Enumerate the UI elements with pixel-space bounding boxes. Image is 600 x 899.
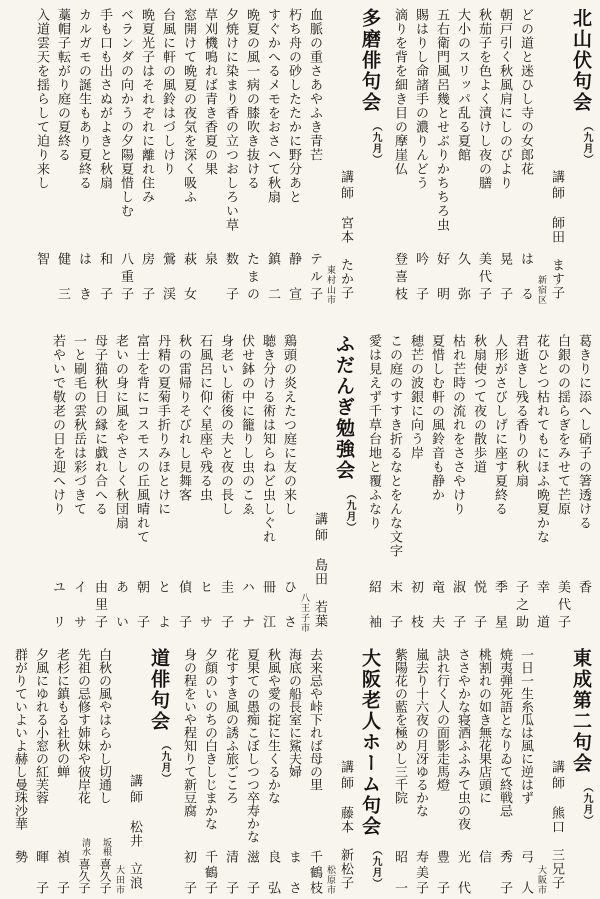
haiku-author: あい	[110, 580, 131, 628]
haiku-text: 焼夷弾死語となりゐて終戦忌	[494, 648, 515, 817]
haiku-text: 一と刷毛の雲秋岳は彩づきて	[68, 334, 89, 516]
haiku-column: 大小のスリッパ乱る夏館久弥	[452, 8, 473, 310]
lecturer-name: 島田 若葉	[312, 558, 330, 628]
lecturer-name: 熊口 三兄子	[549, 806, 567, 890]
haiku-column: 秋の雷帰りそびれし見舞客偵子	[173, 334, 194, 638]
haiku-text: 台風に軒の風鈴はづしけり	[157, 8, 178, 176]
haiku-column: 去来忌や峠下れば母の里千鶴枝	[304, 648, 325, 899]
haiku-author: はる	[515, 252, 536, 300]
section-title: ふだんぎ勉強会	[330, 334, 357, 481]
author-given-name: 喜久子	[93, 858, 114, 894]
section-title: 北山伏句会	[567, 8, 594, 113]
haiku-author: 冊江	[257, 580, 278, 628]
haiku-author: 暉子	[30, 850, 51, 894]
haiku-column: すぐかへるメモをおさへて秋扇鎮二	[262, 8, 283, 310]
lecturer-label: 講師	[312, 512, 330, 544]
haiku-author: 紹袖	[363, 580, 384, 628]
haiku-column: どの道と迷ひし寺の女郎花はる	[515, 8, 536, 310]
haiku-text: 花すすき風の誘ふ旅ごころ	[220, 648, 241, 804]
section-title: 東成第二句会	[567, 648, 594, 774]
haiku-column: 朝戸引く秋風肩にしのびより晃子	[494, 8, 515, 310]
haiku-author: 幸道	[531, 580, 552, 628]
haiku-author: 豊子	[431, 850, 452, 894]
section-month: （九月）	[145, 740, 172, 784]
haiku-text: 老いの身に風をやさしく秋団扇	[110, 334, 131, 530]
haiku-column: 鶏頭の炎えたつ庭に友の来しひさ	[278, 334, 299, 638]
lecturer-name: 宮本 たか子	[338, 216, 356, 300]
haiku-text: 訣れ行く人の面影走馬燈	[431, 648, 452, 791]
haiku-column: 夏果ての愚痴こぼしつつ卒寿かな滋子	[241, 648, 262, 899]
section-month: （九月）	[330, 489, 357, 533]
city-label: 松原市	[325, 865, 338, 895]
band-bottom: 東成第二句会 （九月） 講師 熊口 三兄子 大阪市 一日一生糸瓜は風に逆はず弓人…	[6, 648, 594, 899]
haiku-column: この庭のすすき折るなとをんな文字末子	[384, 334, 405, 638]
haiku-column: 丹精の夏菊手折りみほとけにとよ	[152, 334, 173, 638]
lecturer-label: 講師	[338, 170, 356, 202]
haiku-column: 入道雲天を揺らして迫り来し智	[31, 8, 52, 310]
haiku-author: 初枝	[405, 580, 426, 628]
haiku-author: 悦子	[468, 580, 489, 628]
haiku-text: 手も口も出さぬがよきと秋扇	[94, 8, 115, 190]
haiku-author: 房子	[136, 252, 157, 300]
haiku-text: 身老いし術後の夫と夜の長し	[215, 334, 236, 516]
section-tama-haikukai: 多磨俳句会 （九月） 講師 宮本 たか子 東村山市 血脈の重さあやふき青芒テル子…	[31, 8, 383, 310]
haiku-author: 季星	[489, 580, 510, 628]
haiku-text: 秋扇使つて夜の散歩道	[468, 334, 489, 474]
haiku-text: 花ひとつ枯れてもにほふ晩夏かな	[531, 334, 552, 544]
haiku-column: 五右衛門風呂幾とせぶりかちちろ虫好明	[431, 8, 452, 310]
haiku-text: 夏惜しむ軒の風鈴音も静か	[426, 334, 447, 502]
haiku-column: 夕風にゆれる小窓の紅芙蓉暉子	[30, 648, 51, 899]
haiku-text: 夕風にゆれる小窓の紅芙蓉	[30, 648, 51, 804]
haiku-text: 鶏頭の炎えたつ庭に友の来し	[278, 334, 299, 516]
section-title-column: 多磨俳句会 （九月）	[356, 8, 383, 310]
haiku-text: 滴りを背を細き目の摩崖仏	[389, 8, 410, 176]
haiku-text: 穂芒の波銀に向う岸	[405, 334, 426, 460]
haiku-author: 千鶴枝	[304, 850, 325, 894]
haiku-text: 入道雲天を揺らして迫り来し	[31, 8, 52, 190]
lecturer-label: 講師	[127, 774, 145, 806]
section-month: （九月）	[567, 121, 594, 165]
haiku-author: 昭一	[389, 850, 410, 894]
section-osaka-rojin-home-kukai: 大阪老人ホーム句会 （九月） 講師 藤本 新松子 松原市 去来忌や峠下れば母の里…	[178, 648, 383, 899]
lecturer-name: 師田 ます子	[549, 216, 567, 300]
haiku-text: 秋茄子を色よく漬けし夜の膳	[473, 8, 494, 190]
haiku-author: 登喜枝	[389, 252, 410, 300]
lecturer-column: 講師 藤本 新松子	[338, 648, 356, 899]
haiku-column: 秋風や愛の掟に生くるかな良弘	[262, 648, 283, 899]
band-middle: 葛きりに添へし硝子の箸透ける香 白銀のの揺らぎをみせて芒原美代子 花ひとつ枯れて…	[6, 334, 594, 638]
section-title-column: 東成第二句会 （九月）	[567, 648, 594, 899]
haiku-text: 夏果ての愚痴こぼしつつ卒寿かな	[241, 648, 262, 843]
haiku-text: 紫陽花の藍を極めし三千院	[389, 648, 410, 804]
haiku-text: 窓開けて晩夏の夜気を深く吸ふ	[178, 8, 199, 204]
section-title: 大阪老人ホーム句会	[356, 648, 383, 837]
haiku-text: すぐかへるメモをおさへて秋扇	[262, 8, 283, 204]
haiku-column: 窓開けて晩夏の夜気を深く吸ふ萩女	[178, 8, 199, 310]
haiku-text: 嵐去り十六夜の月冴ゆるかな	[410, 648, 431, 817]
section-kitayama-fushi-kukai: 北山伏句会 （九月） 講師 師田 ます子 新宿区 どの道と迷ひし寺の女郎花はる …	[389, 8, 594, 310]
city-label: 八王子市	[299, 593, 312, 633]
haiku-column: 夏惜しむ軒の風鈴音も静か竜夫	[426, 334, 447, 638]
haiku-text: 晩夏の風一病の膝吹き抜ける	[241, 8, 262, 190]
haiku-text: 草刈機鳴れば青き香夏の果	[199, 8, 220, 176]
lecturer-name: 松井 立浪	[127, 820, 145, 890]
haiku-column: 賜はりし命諸手の濃りんどう吟子	[410, 8, 431, 310]
newspaper-haiku-page: { "labels": { "lecturer": "講師" }, "secti…	[0, 0, 600, 899]
haiku-author: 数子	[220, 252, 241, 300]
haiku-author: 和子	[94, 252, 115, 300]
city-label: 新宿区	[536, 275, 549, 305]
haiku-author: 圭子	[215, 580, 236, 628]
haiku-text: 朽ち舟の砂したたかに野分あと	[283, 8, 304, 204]
haiku-author: 久弥	[452, 252, 473, 300]
haiku-author: 朝子	[131, 580, 152, 628]
haiku-column: 身の程をいや程知りて新豆腐初子	[178, 648, 199, 899]
section-title: 多磨俳句会	[356, 8, 383, 113]
haiku-column: 藁帽子転がり庭の夏終る健三	[52, 8, 73, 310]
haiku-column: 草刈機鳴れば青き香夏の果泉	[199, 8, 220, 310]
haiku-text: 夕焼けに染まり香の立つおしろい草	[220, 8, 241, 232]
haiku-column: 嵐去り十六夜の月冴ゆるかな寿美子	[410, 648, 431, 899]
haiku-text: 母子猫秋日の縁に戯れ合へる	[89, 334, 110, 516]
haiku-text: 老杉に鎮もる社秋の蝉	[51, 648, 72, 778]
haiku-text: 去来忌や峠下れば母の里	[304, 648, 325, 791]
haiku-column: 先祖の忌修す姉妹や彼岸花清水喜久子	[72, 648, 93, 899]
haiku-author: 晃子	[494, 252, 515, 300]
author-surname: 坂根	[93, 838, 114, 856]
haiku-column: カルガモの誕生もあり夏終るはき	[73, 8, 94, 310]
haiku-column: 一と刷毛の雲秋岳は彩づきてイサ	[68, 334, 89, 638]
haiku-text: 富士を背にコスモスの丘風晴れて	[131, 334, 152, 544]
haiku-column: 葛きりに添へし硝子の箸透ける香	[573, 334, 594, 638]
haiku-text: 夕顔のいのちの白きしじまかな	[199, 648, 220, 830]
haiku-author: ひさ	[278, 580, 299, 628]
haiku-text: 石風呂に仰ぐ星座や残る虫	[194, 334, 215, 502]
haiku-author: まさ	[283, 850, 304, 894]
haiku-text: 藁帽子転がり庭の夏終る	[52, 8, 73, 162]
haiku-column: 晩夏の風一病の膝吹き抜けるたまの	[241, 8, 262, 310]
haiku-text: 桃割れの如き無花果店頭に	[473, 648, 494, 804]
haiku-text: 葛きりに添へし硝子の箸透ける	[573, 334, 594, 530]
section-tama-haikukai-continued: 葛きりに添へし硝子の箸透ける香 白銀のの揺らぎをみせて芒原美代子 花ひとつ枯れて…	[363, 334, 594, 638]
haiku-author: 淑子	[447, 580, 468, 628]
haiku-column: 晩夏光子はそれぞれに離れ住み房子	[136, 8, 157, 310]
section-month: （九月）	[356, 845, 383, 889]
section-title-column: 大阪老人ホーム句会 （九月）	[356, 648, 383, 899]
haiku-column: 君逝きし残る香りの秋扇子之助	[510, 334, 531, 638]
haiku-author: 清水喜久子	[72, 838, 93, 894]
haiku-column: 花ひとつ枯れてもにほふ晩夏かな幸道	[531, 334, 552, 638]
haiku-text: 群がりていよいよ赫し曼珠沙華	[9, 648, 30, 830]
haiku-author: 勢	[9, 850, 30, 894]
haiku-author: とよ	[152, 580, 173, 628]
haiku-text: 丹精の夏菊手折りみほとけに	[152, 334, 173, 516]
haiku-column: 群がりていよいよ赫し曼珠沙華勢	[9, 648, 30, 899]
haiku-author: 偵子	[173, 580, 194, 628]
haiku-author: 香	[573, 580, 594, 628]
haiku-author: はき	[73, 252, 94, 300]
city-column: 東村山市	[325, 8, 338, 310]
lecturer-label: 講師	[549, 760, 567, 792]
author-given-name: 喜久子	[72, 858, 93, 894]
haiku-column: 血脈の重さあやふき青芒テル子	[304, 8, 325, 310]
haiku-author: 健三	[52, 252, 73, 300]
city-column: 八王子市	[299, 334, 312, 638]
haiku-text: 海底の船長室に鯊夫婦	[283, 648, 304, 778]
haiku-text: 身の程をいや程知りて新豆腐	[178, 648, 199, 817]
haiku-author: 子之助	[510, 580, 531, 628]
haiku-column: 訣れ行く人の面影走馬燈豊子	[431, 648, 452, 899]
section-title-column: 道俳句会 （九月）	[145, 648, 172, 899]
haiku-column: 若やいで敬老の日を迎へけりユリ	[47, 334, 68, 638]
haiku-author: 弓人	[515, 850, 536, 894]
haiku-column: 桃割れの如き無花果店頭に信	[473, 648, 494, 899]
lecturer-label: 講師	[338, 760, 356, 792]
band-top: 北山伏句会 （九月） 講師 師田 ます子 新宿区 どの道と迷ひし寺の女郎花はる …	[6, 8, 594, 310]
section-month: （九月）	[567, 782, 594, 826]
haiku-author: イサ	[68, 580, 89, 628]
haiku-text: 秋風や愛の掟に生くるかな	[262, 648, 283, 804]
haiku-text: 先祖の忌修す姉妹や彼岸花	[72, 648, 93, 804]
haiku-text: 白銀のの揺らぎをみせて芒原	[552, 334, 573, 516]
haiku-author: 信	[473, 850, 494, 894]
haiku-column: 秋扇使つて夜の散歩道悦子	[468, 334, 489, 638]
haiku-author: 光代	[452, 850, 473, 894]
haiku-text: 秋の雷帰りそびれし見舞客	[173, 334, 194, 502]
haiku-column: 朽ち舟の砂したたかに野分あと静宣	[283, 8, 304, 310]
haiku-author: 萩女	[178, 252, 199, 300]
haiku-column: 石風呂に仰ぐ星座や残る虫ヒサ	[194, 334, 215, 638]
haiku-column: 枯れ芒時の流れをささやけり淑子	[447, 334, 468, 638]
section-month: （九月）	[356, 121, 383, 165]
lecturer-name: 藤本 新松子	[338, 806, 356, 890]
haiku-author: 智	[31, 252, 52, 300]
haiku-column: 母子猫秋日の縁に戯れ合へる由里子	[89, 334, 110, 638]
lecturer-label: 講師	[549, 170, 567, 202]
haiku-author: ヒサ	[194, 580, 215, 628]
haiku-column: 聴き分ける術は知らねど虫しぐれ冊江	[257, 334, 278, 638]
haiku-text: 賜はりし命諸手の濃りんどう	[410, 8, 431, 190]
haiku-author: 良弘	[262, 850, 283, 894]
haiku-column: 老杉に鎮もる社秋の蝉禎子	[51, 648, 72, 899]
haiku-column: 秋茄子を色よく漬けし夜の膳美代子	[473, 8, 494, 310]
section-higashinari-daini-kukai: 東成第二句会 （九月） 講師 熊口 三兄子 大阪市 一日一生糸瓜は風に逆はず弓人…	[389, 648, 594, 899]
haiku-text: 人形がさびしげに座す夏終る	[489, 334, 510, 516]
haiku-column: 手も口も出さぬがよきと秋扇和子	[94, 8, 115, 310]
haiku-author: 秀子	[494, 850, 515, 894]
lecturer-column: 講師 熊口 三兄子	[549, 648, 567, 899]
haiku-column: 白銀のの揺らぎをみせて芒原美代子	[552, 334, 573, 638]
haiku-column: 伏せ鉢の中に籠りし虫のこゑハナ	[236, 334, 257, 638]
haiku-column: 焼夷弾死語となりゐて終戦忌秀子	[494, 648, 515, 899]
haiku-column: 一日一生糸瓜は風に逆はず弓人	[515, 648, 536, 899]
haiku-column: 愛は見えず千草台地と覆ふなり紹袖	[363, 334, 384, 638]
haiku-column: 老いの身に風をやさしく秋団扇あい	[110, 334, 131, 638]
haiku-column: 夕焼けに染まり香の立つおしろい草数子	[220, 8, 241, 310]
lecturer-column: 講師 師田 ます子	[549, 8, 567, 310]
haiku-author: 吟子	[410, 252, 431, 300]
haiku-text: 君逝きし残る香りの秋扇	[510, 334, 531, 488]
haiku-column: 海底の船長室に鯊夫婦まさ	[283, 648, 304, 899]
haiku-column: 滴りを背を細き目の摩崖仏登喜枝	[389, 8, 410, 310]
haiku-author: 千鶴子	[199, 850, 220, 894]
haiku-text: 枯れ芒時の流れをささやけり	[447, 334, 468, 516]
haiku-column: 人形がさびしげに座す夏終る季星	[489, 334, 510, 638]
haiku-column: 花すすき風の誘ふ旅ごころ清子	[220, 648, 241, 899]
haiku-text: この庭のすすき折るなとをんな文字	[384, 334, 405, 558]
haiku-author: ユリ	[47, 580, 68, 628]
haiku-text: どの道と迷ひし寺の女郎花	[515, 8, 536, 176]
haiku-author: 滋子	[241, 850, 262, 894]
haiku-text: 若やいで敬老の日を迎へけり	[47, 334, 68, 516]
haiku-text: 大小のスリッパ乱る夏館	[452, 8, 473, 162]
section-title-column: ふだんぎ勉強会 （九月）	[330, 334, 357, 638]
haiku-column: ベランダの向かうの夕陽夏惜しむ八重子	[115, 8, 136, 310]
haiku-author: 美代子	[473, 252, 494, 300]
haiku-author: 八重子	[115, 252, 136, 300]
haiku-author: 鎮二	[262, 252, 283, 300]
haiku-column: 身老いし術後の夫と夜の長し圭子	[215, 334, 236, 638]
haiku-author: 鶯渓	[157, 252, 178, 300]
haiku-column: 台風に軒の風鈴はづしけり鶯渓	[157, 8, 178, 310]
haiku-author: テル子	[304, 252, 325, 300]
haiku-text: ささやかな寝酒ふふみて虫の夜	[452, 648, 473, 830]
section-michi-haikukai: 道俳句会 （九月） 講師 松井 立浪 大田市 白秋の風やはらかし切通し坂根喜久子…	[9, 648, 172, 899]
haiku-column: ささやかな寝酒ふふみて虫の夜光代	[452, 648, 473, 899]
haiku-column: 紫陽花の藍を極めし三千院昭一	[389, 648, 410, 899]
haiku-text: カルガモの誕生もあり夏終る	[73, 8, 94, 190]
haiku-text: 一日一生糸瓜は風に逆はず	[515, 648, 536, 804]
lecturer-column: 講師 島田 若葉	[312, 334, 330, 638]
haiku-author: 清子	[220, 850, 241, 894]
haiku-column: 穂芒の波銀に向う岸初枝	[405, 334, 426, 638]
haiku-author: 初子	[178, 850, 199, 894]
haiku-author: 坂根喜久子	[93, 838, 114, 894]
city-label: 大阪市	[536, 865, 549, 895]
author-surname: 清水	[72, 838, 93, 856]
haiku-text: 晩夏光子はそれぞれに離れ住み	[136, 8, 157, 204]
section-title-column: 北山伏句会 （九月）	[567, 8, 594, 310]
haiku-author: 静宣	[283, 252, 304, 300]
city-label: 大田市	[114, 865, 127, 895]
haiku-author: 美代子	[552, 580, 573, 628]
haiku-text: 朝戸引く秋風肩にしのびより	[494, 8, 515, 190]
haiku-author: たまの	[241, 252, 262, 300]
haiku-text: 五右衛門風呂幾とせぶりかちちろ虫	[431, 8, 452, 232]
haiku-text: 白秋の風やはらかし切通し	[93, 648, 114, 804]
haiku-author: 末子	[384, 580, 405, 628]
haiku-author: 寿美子	[410, 850, 431, 894]
lecturer-column: 講師 宮本 たか子	[338, 8, 356, 310]
haiku-column: 富士を背にコスモスの丘風晴れて朝子	[131, 334, 152, 638]
haiku-text: ベランダの向かうの夕陽夏惜しむ	[115, 8, 136, 218]
haiku-text: 聴き分ける術は知らねど虫しぐれ	[257, 334, 278, 544]
haiku-author: 由里子	[89, 580, 110, 628]
haiku-author: 竜夫	[426, 580, 447, 628]
haiku-column: 夕顔のいのちの白きしじまかな千鶴子	[199, 648, 220, 899]
haiku-column: 白秋の風やはらかし切通し坂根喜久子	[93, 648, 114, 899]
section-title: 道俳句会	[145, 648, 172, 732]
haiku-text: 伏せ鉢の中に籠りし虫のこゑ	[236, 334, 257, 516]
lecturer-column: 講師 松井 立浪	[127, 648, 145, 899]
haiku-author: 泉	[199, 252, 220, 300]
haiku-author: 好明	[431, 252, 452, 300]
city-label: 東村山市	[325, 265, 338, 305]
haiku-text: 愛は見えず千草台地と覆ふなり	[363, 334, 384, 530]
haiku-author: 禎子	[51, 850, 72, 894]
haiku-author: ハナ	[236, 580, 257, 628]
haiku-text: 血脈の重さあやふき青芒	[304, 8, 325, 162]
section-fudangi-benkyokai: ふだんぎ勉強会 （九月） 講師 島田 若葉 八王子市 鶏頭の炎えたつ庭に友の来し…	[47, 334, 357, 638]
